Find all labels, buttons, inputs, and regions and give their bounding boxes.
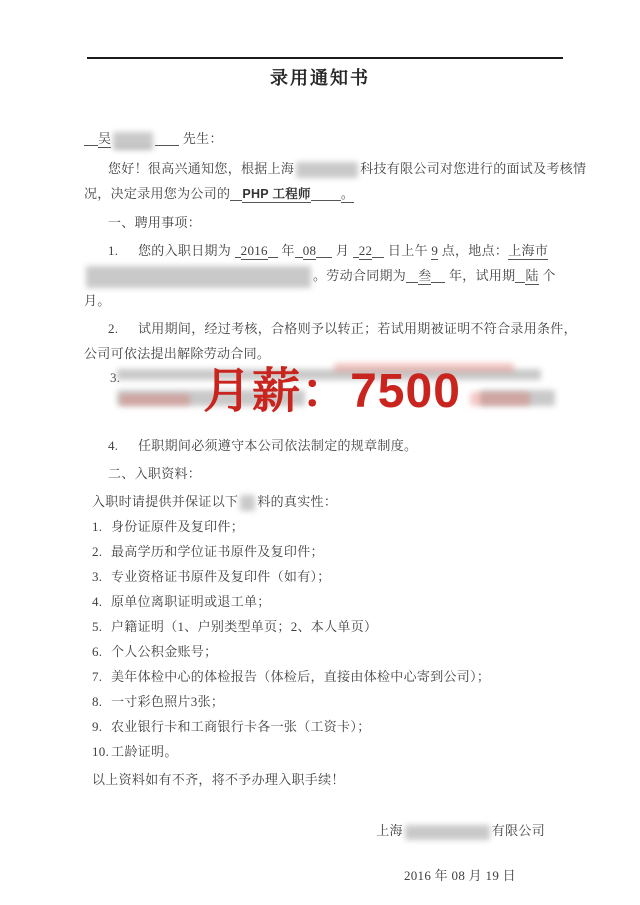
text-segment: 一、聘用事项： (108, 215, 201, 230)
text-line: 9.农业银行卡和工商银行卡各一张（工资卡）； (92, 714, 580, 739)
document-lines-top: 吴 先生：您好！很高兴通知您，根据上海科技有限公司对您进行的面试及考核情况，决定… (84, 126, 580, 366)
text-line: 5.户籍证明（1、户别类型单页；2、本人单页） (92, 614, 580, 639)
text-segment: 美年体检中心的体检报告（体检后，直接由体检中心寄到公司）； (111, 669, 490, 684)
text-segment: 个 (539, 268, 556, 283)
text-segment (235, 241, 241, 258)
text-segment: 1. (108, 238, 138, 263)
text-segment: 叁 (418, 268, 431, 285)
text-segment: 您好！很高兴通知您，根据上海 (108, 161, 294, 176)
text-line: 以上资料如有不齐，将不予办理入职手续！ (92, 767, 580, 792)
text-segment: 年，试用期 (445, 268, 515, 283)
redaction-blur (240, 495, 255, 511)
text-segment: 1. (92, 514, 111, 539)
text-segment (316, 241, 332, 258)
text-segment: 您的入职日期为 (138, 243, 235, 258)
text-segment: 吴 (98, 131, 111, 148)
text-segment: 有限公司 (492, 823, 545, 838)
text-segment: 7. (92, 664, 111, 689)
redaction-blur (113, 132, 153, 149)
text-segment (84, 129, 98, 146)
text-segment (431, 266, 445, 283)
text-line: 7.美年体检中心的体检报告（体检后，直接由体检中心寄到公司）； (92, 664, 580, 689)
text-segment: 科技有限公司对您进行的面试及考核情 (360, 161, 586, 176)
text-segment: 年 (278, 243, 295, 258)
text-segment: 2016 年 08 月 19 日 (404, 868, 516, 883)
document-lines-bottom: 4.任职期间必须遵守本公司依法制定的规章制度。二、入职资料：入职时请提供并保证以… (84, 433, 580, 792)
salary-redaction-area: 3. 月薪：7500 (84, 368, 580, 430)
text-line: 吴 先生： (84, 126, 580, 151)
text-line: 4.任职期间必须遵守本公司依法制定的规章制度。 (84, 433, 580, 458)
text-segment (372, 241, 384, 258)
text-segment: 22 (359, 243, 373, 260)
text-segment: 身份证原件及复印件； (111, 519, 244, 534)
text-segment: 陆 (525, 268, 538, 285)
text-line: 二、入职资料： (84, 461, 580, 486)
document-footer: 上海有限公司2016 年 08 月 19 日 (84, 818, 580, 888)
text-segment (353, 241, 359, 258)
text-segment (406, 266, 418, 283)
red-smudge (120, 394, 190, 406)
text-line: 入职时请提供并保证以下料的真实性： (92, 489, 580, 514)
text-segment: 专业资格证书原件及复印件（如有）； (111, 569, 331, 584)
text-segment: 原单位离职证明或退工单； (111, 594, 271, 609)
text-segment (268, 241, 278, 258)
salary-overlay-text: 月薪：7500 (203, 366, 461, 418)
text-segment: 10. (92, 739, 111, 764)
text-segment (295, 241, 303, 258)
text-line: 您好！很高兴通知您，根据上海科技有限公司对您进行的面试及考核情 (84, 156, 580, 181)
text-line: 月。 (84, 288, 580, 313)
text-segment: 上海 (376, 823, 403, 838)
text-line: 一、聘用事项： (84, 210, 580, 235)
text-segment: 农业银行卡和工商银行卡各一张（工资卡）； (111, 719, 371, 734)
text-segment: 试用期间，经过考核，合格则予以转正；若试用期被证明不符合录用条件， (138, 321, 577, 336)
text-segment: 二、入职资料： (108, 466, 201, 481)
text-segment: 4. (92, 589, 111, 614)
text-segment: 以上资料如有不齐，将不予办理入职手续！ (92, 772, 345, 787)
redaction-blur (86, 266, 311, 288)
text-segment: 先生： (179, 131, 222, 146)
text-line: 上海有限公司 (84, 818, 580, 843)
text-segment: 户籍证明（1、户别类型单页；2、本人单页） (111, 619, 377, 634)
text-segment: 5. (92, 614, 111, 639)
text-line: 8.一寸彩色照片3张； (92, 689, 580, 714)
text-segment: 一寸彩色照片3张； (111, 694, 224, 709)
text-segment: 上海市 (508, 243, 548, 260)
text-line: 4.原单位离职证明或退工单； (92, 589, 580, 614)
text-segment: 况，决定录用您为公司的 (84, 186, 230, 201)
redaction-blur (405, 825, 490, 840)
text-segment: 8. (92, 689, 111, 714)
text-segment: 2. (108, 316, 138, 341)
text-line: 1.您的入职日期为 2016 年08 月 22 日上午 9 点，地点：上海市 (84, 238, 580, 263)
text-segment (230, 184, 242, 201)
text-segment: 工龄证明。 (111, 744, 178, 759)
text-line: 况，决定录用您为公司的PHP 工程师。 (84, 181, 580, 207)
text-line: 2016 年 08 月 19 日 (84, 863, 580, 888)
divider (87, 57, 563, 59)
text-segment: 。劳动合同期为 (313, 268, 406, 283)
text-segment: 日上午 (384, 243, 431, 258)
text-segment: 9. (92, 714, 111, 739)
text-segment: 6. (92, 639, 111, 664)
text-segment: 任职期间必须遵守本公司依法制定的规章制度。 (138, 438, 417, 453)
text-segment: 最高学历和学位证书原件及复印件； (111, 544, 324, 559)
text-segment: 3. (92, 564, 111, 589)
red-smudge (470, 392, 530, 406)
page-title: 录用通知书 (0, 0, 640, 90)
redaction-blur (296, 162, 358, 178)
text-segment: 4. (108, 433, 138, 458)
text-line: 3.专业资格证书原件及复印件（如有）； (92, 564, 580, 589)
text-line: 1.身份证原件及复印件； (92, 514, 580, 539)
text-line: 6.个人公积金账号； (92, 639, 580, 664)
text-segment: 料的真实性： (257, 494, 337, 509)
text-segment (311, 184, 341, 201)
text-segment (155, 129, 179, 146)
text-segment: 月 (332, 243, 352, 258)
text-segment (515, 266, 525, 283)
text-segment: 08 (303, 243, 317, 260)
text-line: 。劳动合同期为叁 年，试用期陆 个 (84, 263, 580, 288)
text-segment: PHP 工程师 (242, 187, 311, 203)
text-segment: 公司可依法提出解除劳动合同。 (84, 346, 270, 361)
text-segment: 月。 (84, 293, 111, 308)
text-line: 2.最高学历和学位证书原件及复印件； (92, 539, 580, 564)
text-line: 2.试用期间，经过考核，合格则予以转正；若试用期被证明不符合录用条件， (84, 316, 580, 341)
text-line: 10.工龄证明。 (92, 739, 580, 764)
text-segment: 。 (341, 186, 354, 203)
document-page: 录用通知书 吴 先生：您好！很高兴通知您，根据上海科技有限公司对您进行的面试及考… (0, 0, 640, 905)
document-body: 吴 先生：您好！很高兴通知您，根据上海科技有限公司对您进行的面试及考核情况，决定… (0, 126, 640, 888)
text-segment: 入职时请提供并保证以下 (92, 494, 238, 509)
text-segment: 点，地点： (438, 243, 508, 258)
text-segment: 2016 (241, 243, 268, 260)
text-segment: 2. (92, 539, 111, 564)
text-segment: 个人公积金账号； (111, 644, 217, 659)
